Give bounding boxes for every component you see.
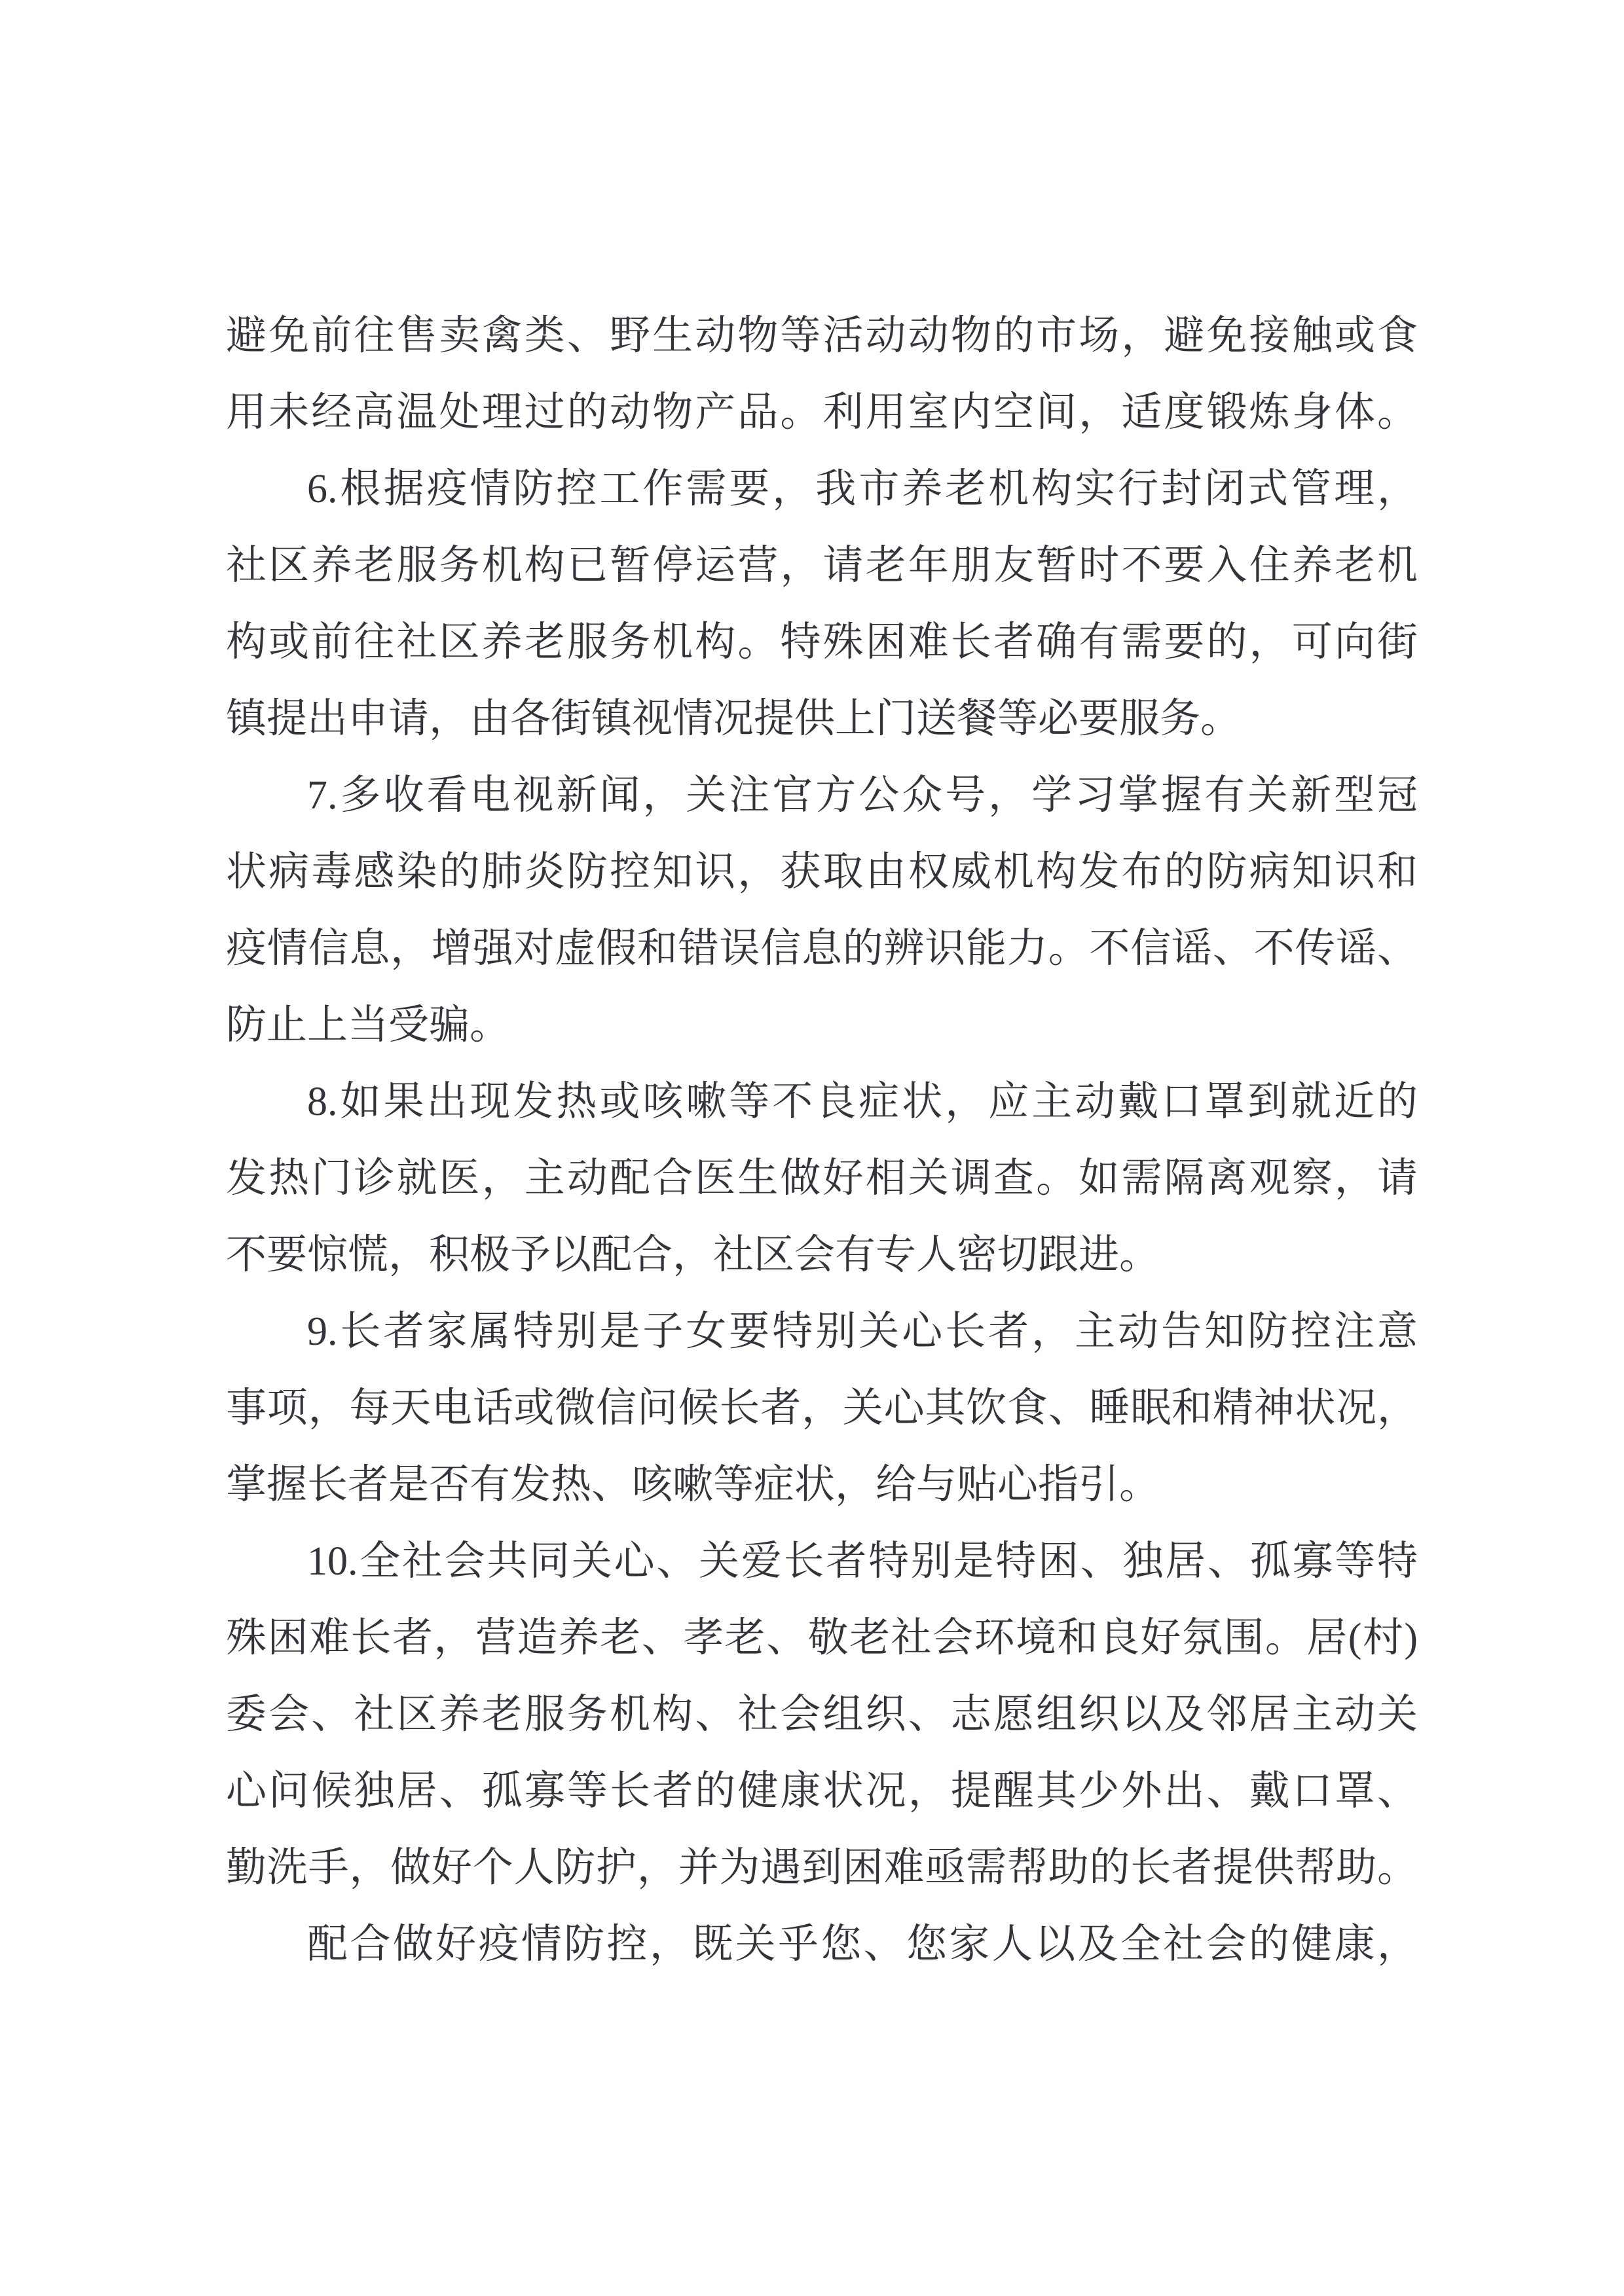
- text-line: 10.全社会共同关心、关爱长者特别是特困、独居、孤寡等特: [226, 1523, 1418, 1600]
- text-line: 状病毒感染的肺炎防控知识，获取由权威机构发布的防病知识和: [226, 834, 1418, 911]
- text-line: 配合做好疫情防控，既关乎您、您家人以及全社会的健康，: [226, 1906, 1418, 1983]
- text-line: 殊困难长者，营造养老、孝老、敬老社会环境和良好氛围。居(村): [226, 1600, 1418, 1677]
- document-page: 避免前往售卖禽类、野生动物等活动动物的市场，避免接触或食 用未经高温处理过的动物…: [0, 0, 1624, 2296]
- text-line: 疫情信息，增强对虚假和错误信息的辨识能力。不信谣、不传谣、: [226, 911, 1418, 987]
- text-line: 避免前往售卖禽类、野生动物等活动动物的市场，避免接触或食: [226, 298, 1418, 374]
- text-line: 心问候独居、孤寡等长者的健康状况，提醒其少外出、戴口罩、: [226, 1753, 1418, 1830]
- text-line: 勤洗手，做好个人防护，并为遇到困难亟需帮助的长者提供帮助。: [226, 1830, 1418, 1906]
- text-line: 委会、社区养老服务机构、社会组织、志愿组织以及邻居主动关: [226, 1677, 1418, 1753]
- text-block: 避免前往售卖禽类、野生动物等活动动物的市场，避免接触或食 用未经高温处理过的动物…: [226, 298, 1418, 1983]
- text-line: 用未经高温处理过的动物产品。利用室内空间，适度锻炼身体。: [226, 374, 1418, 451]
- text-line: 发热门诊就医，主动配合医生做好相关调查。如需隔离观察，请: [226, 1140, 1418, 1217]
- text-line: 镇提出申请，由各街镇视情况提供上门送餐等必要服务。: [226, 681, 1418, 757]
- text-line: 防止上当受骗。: [226, 987, 1418, 1064]
- text-line: 构或前往社区养老服务机构。特殊困难长者确有需要的，可向街: [226, 604, 1418, 681]
- text-line: 7.多收看电视新闻，关注官方公众号，学习掌握有关新型冠: [226, 757, 1418, 834]
- text-line: 6.根据疫情防控工作需要，我市养老机构实行封闭式管理，: [226, 451, 1418, 528]
- text-line: 掌握长者是否有发热、咳嗽等症状，给与贴心指引。: [226, 1447, 1418, 1523]
- text-line: 不要惊慌，积极予以配合，社区会有专人密切跟进。: [226, 1217, 1418, 1294]
- text-line: 社区养老服务机构已暂停运营，请老年朋友暂时不要入住养老机: [226, 528, 1418, 604]
- text-line: 事项，每天电话或微信问候长者，关心其饮食、睡眠和精神状况，: [226, 1370, 1418, 1447]
- text-line: 8.如果出现发热或咳嗽等不良症状，应主动戴口罩到就近的: [226, 1064, 1418, 1140]
- text-line: 9.长者家属特别是子女要特别关心长者，主动告知防控注意: [226, 1294, 1418, 1370]
